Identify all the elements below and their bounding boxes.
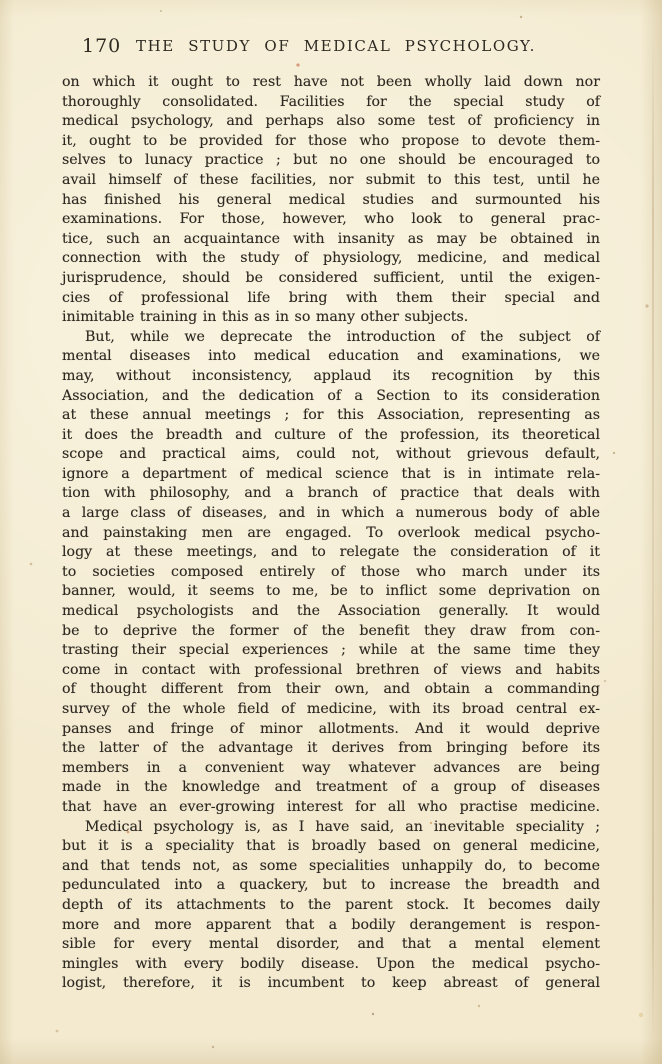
text-line: examinations. For those, however, who lo… <box>62 210 600 230</box>
text-line: depth of its attachments to the parent s… <box>62 896 600 916</box>
text-line: banner, would, it seems to me, be to inf… <box>62 582 600 602</box>
scanned-book-page: 170 THE STUDY OF MEDICAL PSYCHOLOGY. on … <box>0 0 662 1064</box>
text-line: scope and practical aims, could not, wit… <box>62 445 600 465</box>
text-line: but it is a speciality that is broadly b… <box>62 837 600 857</box>
text-line: cies of professional life bring with the… <box>62 289 600 309</box>
text-line: sible for every mental disorder, and tha… <box>62 935 600 955</box>
text-line: tice, such an acquaintance with insanity… <box>62 230 600 250</box>
text-line: logist, therefore, it is incumbent to ke… <box>62 974 600 994</box>
text-line: Medical psychology is, as I have said, a… <box>62 818 600 838</box>
text-line: But, while we deprecate the introduction… <box>62 328 600 348</box>
text-line: trasting their special experiences ; whi… <box>62 641 600 661</box>
text-line: it does the breadth and culture of the p… <box>62 426 600 446</box>
text-line: panses and fringe of minor allotments. A… <box>62 720 600 740</box>
text-line: pedunculated into a quackery, but to inc… <box>62 876 600 896</box>
text-line: it, ought to be provided for those who p… <box>62 132 600 152</box>
text-line: ignore a department of medical science t… <box>62 465 600 485</box>
text-line: has finished his general medical studies… <box>62 191 600 211</box>
text-line: more and more apparent that a bodily der… <box>62 916 600 936</box>
text-line: the latter of the advantage it derives f… <box>62 739 600 759</box>
page-header: 170 THE STUDY OF MEDICAL PSYCHOLOGY. <box>0 35 662 59</box>
text-line: survey of the whole field of medicine, w… <box>62 700 600 720</box>
text-line: and that tends not, as some specialities… <box>62 857 600 877</box>
text-line: a large class of diseases, and in which … <box>62 504 600 524</box>
text-line: of thought different from their own, and… <box>62 680 600 700</box>
text-block: on which it ought to rest have not been … <box>62 73 600 994</box>
text-line: come in contact with professional brethr… <box>62 661 600 681</box>
text-line: Association, and the dedication of a Sec… <box>62 387 600 407</box>
text-line: at these annual meetings ; for this Asso… <box>62 406 600 426</box>
text-line: thoroughly consolidated. Facilities for … <box>62 93 600 113</box>
text-line: be to deprive the former of the benefit … <box>62 622 600 642</box>
text-line: members in a convenient way whatever adv… <box>62 759 600 779</box>
text-line: and painstaking men are engaged. To over… <box>62 524 600 544</box>
text-line: connection with the study of physiology,… <box>62 249 600 269</box>
foxing-specks <box>0 0 2 2</box>
text-line: mingles with every bodily disease. Upon … <box>62 955 600 975</box>
text-line: on which it ought to rest have not been … <box>62 73 600 93</box>
text-line: selves to lunacy practice ; but no one s… <box>62 151 600 171</box>
text-line: medical psychology, and perhaps also som… <box>62 112 600 132</box>
text-line: jurisprudence, should be considered suff… <box>62 269 600 289</box>
text-line: inimitable training in this as in so man… <box>62 308 600 328</box>
text-line: logy at these meetings, and to relegate … <box>62 543 600 563</box>
page-number: 170 <box>82 35 121 57</box>
text-line: may, without inconsistency, applaud its … <box>62 367 600 387</box>
text-line: tion with philosophy, and a branch of pr… <box>62 484 600 504</box>
text-line: medical psychologists and the Associatio… <box>62 602 600 622</box>
text-line: made in the knowledge and treatment of a… <box>62 778 600 798</box>
text-line: to societies composed entirely of those … <box>62 563 600 583</box>
text-line: that have an ever-growing interest for a… <box>62 798 600 818</box>
text-line: avail himself of these facilities, nor s… <box>62 171 600 191</box>
text-line: mental diseases into medical education a… <box>62 347 600 367</box>
